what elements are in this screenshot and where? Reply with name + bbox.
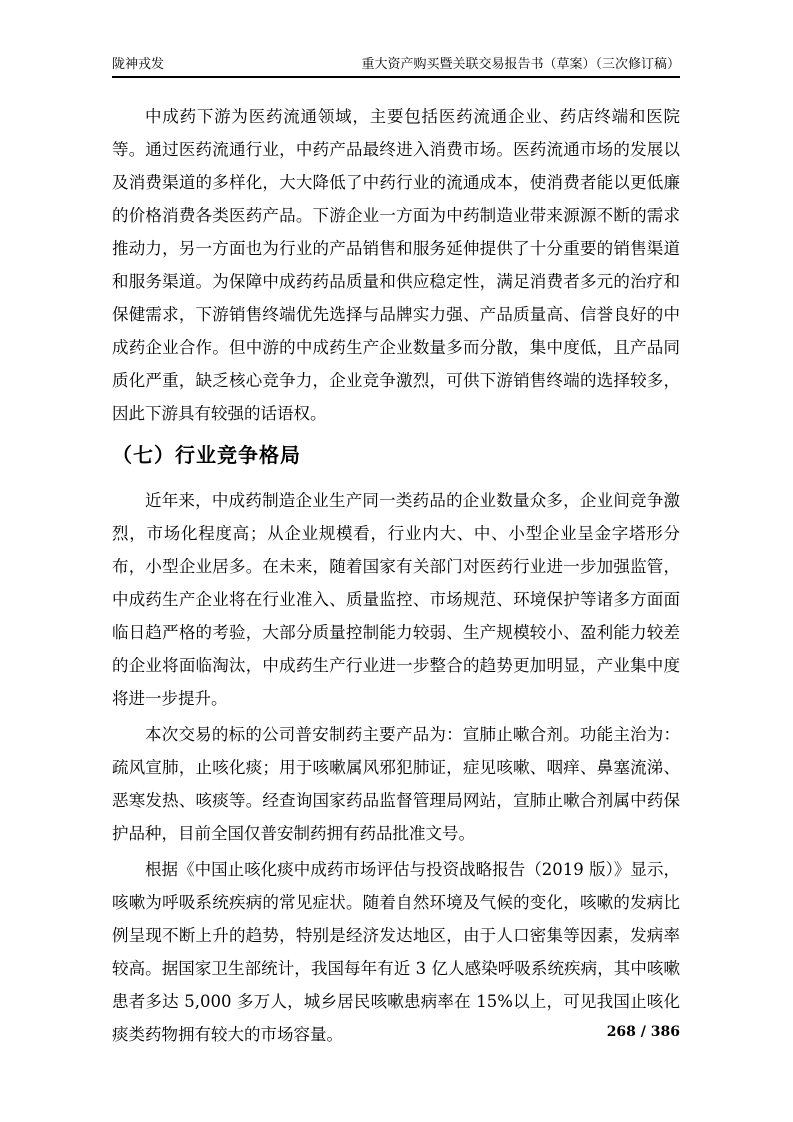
paragraph-downstream-industry: 中成药下游为医药流通领域，主要包括医药流通企业、药店终端和医院等。通过医药流通行… xyxy=(112,100,680,430)
page-footer: 268 / 386 xyxy=(607,1023,680,1041)
header-report-title: 重大资产购买暨关联交易报告书（草案）（三次修订稿） xyxy=(361,57,680,73)
paragraph-market-capacity: 根据《中国止咳化痰中成药市场评估与投资战略报告（2019 版）》显示，咳嗽为呼吸… xyxy=(112,853,680,1051)
page-number: 268 / 386 xyxy=(607,1024,680,1040)
page-header: 陇神戎发 重大资产购买暨关联交易报告书（草案）（三次修订稿） xyxy=(112,57,680,78)
section-heading-industry-competition: （七）行业竞争格局 xyxy=(112,441,680,469)
page-body: 中成药下游为医药流通领域，主要包括医药流通企业、药店终端和医院等。通过医药流通行… xyxy=(112,100,680,1054)
paragraph-target-product: 本次交易的标的公司普安制药主要产品为：宣肺止嗽合剂。功能主治为：疏风宣肺，止咳化… xyxy=(112,718,680,850)
paragraph-competition-landscape: 近年来，中成药制造企业生产同一类药品的企业数量众多，企业间竞争激烈，市场化程度高… xyxy=(112,484,680,715)
document-page: 陇神戎发 重大资产购买暨关联交易报告书（草案）（三次修订稿） 中成药下游为医药流… xyxy=(0,0,793,1122)
header-company-name: 陇神戎发 xyxy=(112,57,164,73)
